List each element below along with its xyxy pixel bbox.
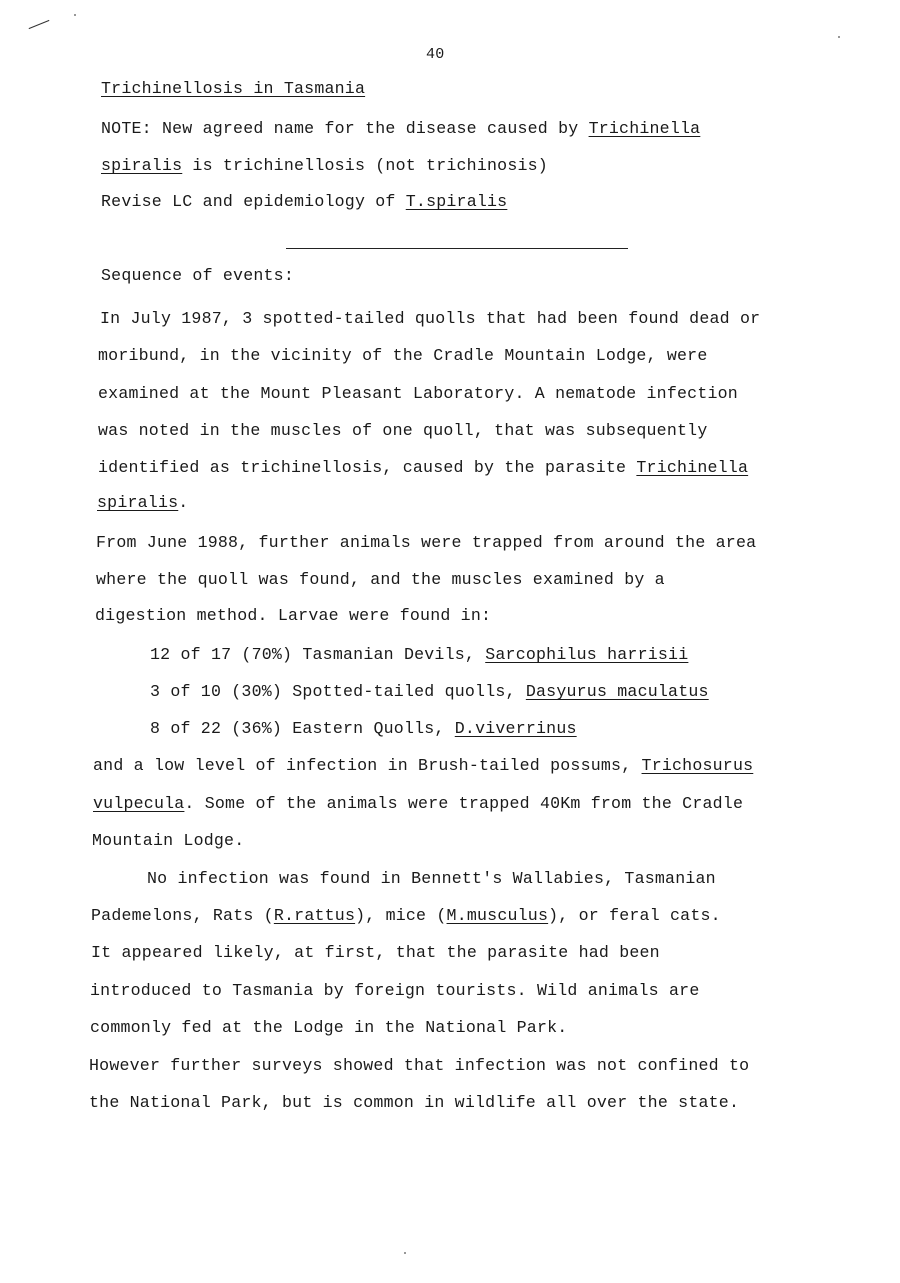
finding-item: 8 of 22 (36%) Eastern Quolls, D.viverrin… — [150, 719, 577, 738]
scan-speck — [74, 14, 76, 16]
note-text: Revise LC and epidemiology of — [101, 192, 406, 211]
paragraph-text: and a low level of infection in Brush-ta… — [93, 756, 642, 775]
species-name: M.musculus — [447, 906, 549, 925]
finding-text: 3 of 10 (30%) Spotted-tailed quolls, — [150, 682, 526, 701]
note-line-1: NOTE: New agreed name for the disease ca… — [101, 119, 700, 138]
note-text: NOTE: New agreed name for the disease ca… — [101, 119, 589, 138]
section-heading: Sequence of events: — [101, 266, 294, 285]
paragraph-text: ), or feral cats. — [548, 906, 721, 925]
species-name: Sarcophilus harrisii — [485, 645, 688, 664]
paragraph-text: Pademelons, Rats ( — [91, 906, 274, 925]
paragraph-line: No infection was found in Bennett's Wall… — [147, 869, 716, 888]
species-name: Trichinella — [589, 119, 701, 138]
species-name: spiralis — [97, 493, 178, 512]
species-name: T.spiralis — [406, 192, 508, 211]
scan-speck — [838, 36, 840, 38]
species-name: vulpecula — [93, 794, 184, 813]
paragraph-text: . — [178, 493, 188, 512]
paragraph-line: where the quoll was found, and the muscl… — [96, 570, 665, 589]
paragraph-line: However further surveys showed that infe… — [89, 1056, 749, 1075]
species-name: R.rattus — [274, 906, 355, 925]
species-name: Dasyurus maculatus — [526, 682, 709, 701]
paragraph-line: spiralis. — [97, 493, 188, 512]
species-name: D.viverrinus — [455, 719, 577, 738]
finding-text: 12 of 17 (70%) Tasmanian Devils, — [150, 645, 485, 664]
paragraph-text: ), mice ( — [355, 906, 446, 925]
finding-item: 3 of 10 (30%) Spotted-tailed quolls, Das… — [150, 682, 709, 701]
paragraph-line: was noted in the muscles of one quoll, t… — [98, 421, 707, 440]
note-line-3: Revise LC and epidemiology of T.spiralis — [101, 192, 507, 211]
page-number: 40 — [426, 46, 444, 63]
paragraph-line: It appeared likely, at first, that the p… — [91, 943, 660, 962]
note-line-2: spiralis is trichinellosis (not trichino… — [101, 156, 548, 175]
paragraph-text: identified as trichinellosis, caused by … — [98, 458, 636, 477]
paragraph-line: moribund, in the vicinity of the Cradle … — [98, 346, 707, 365]
paragraph-line: From June 1988, further animals were tra… — [96, 533, 756, 552]
species-name: spiralis — [101, 156, 182, 175]
species-name: Trichosurus — [642, 756, 754, 775]
scan-speck — [404, 1252, 406, 1254]
paragraph-line: Pademelons, Rats (R.rattus), mice (M.mus… — [91, 906, 721, 925]
paragraph-line: the National Park, but is common in wild… — [89, 1093, 739, 1112]
species-name: Trichinella — [636, 458, 748, 477]
document-title: Trichinellosis in Tasmania — [101, 79, 365, 98]
paragraph-line: commonly fed at the Lodge in the Nationa… — [90, 1018, 567, 1037]
paragraph-line: digestion method. Larvae were found in: — [95, 606, 491, 625]
paragraph-line: identified as trichinellosis, caused by … — [98, 458, 748, 477]
scan-mark — [29, 20, 50, 29]
finding-item: 12 of 17 (70%) Tasmanian Devils, Sarcoph… — [150, 645, 688, 664]
paragraph-line: and a low level of infection in Brush-ta… — [93, 756, 753, 775]
finding-text: 8 of 22 (36%) Eastern Quolls, — [150, 719, 455, 738]
paragraph-line: introduced to Tasmania by foreign touris… — [90, 981, 699, 1000]
note-text: is trichinellosis (not trichinosis) — [182, 156, 548, 175]
paragraph-line: Mountain Lodge. — [92, 831, 244, 850]
paragraph-line: In July 1987, 3 spotted-tailed quolls th… — [100, 309, 760, 328]
paragraph-text: . Some of the animals were trapped 40Km … — [184, 794, 743, 813]
paragraph-line: examined at the Mount Pleasant Laborator… — [98, 384, 738, 403]
horizontal-divider — [286, 248, 628, 249]
paragraph-line: vulpecula. Some of the animals were trap… — [93, 794, 743, 813]
